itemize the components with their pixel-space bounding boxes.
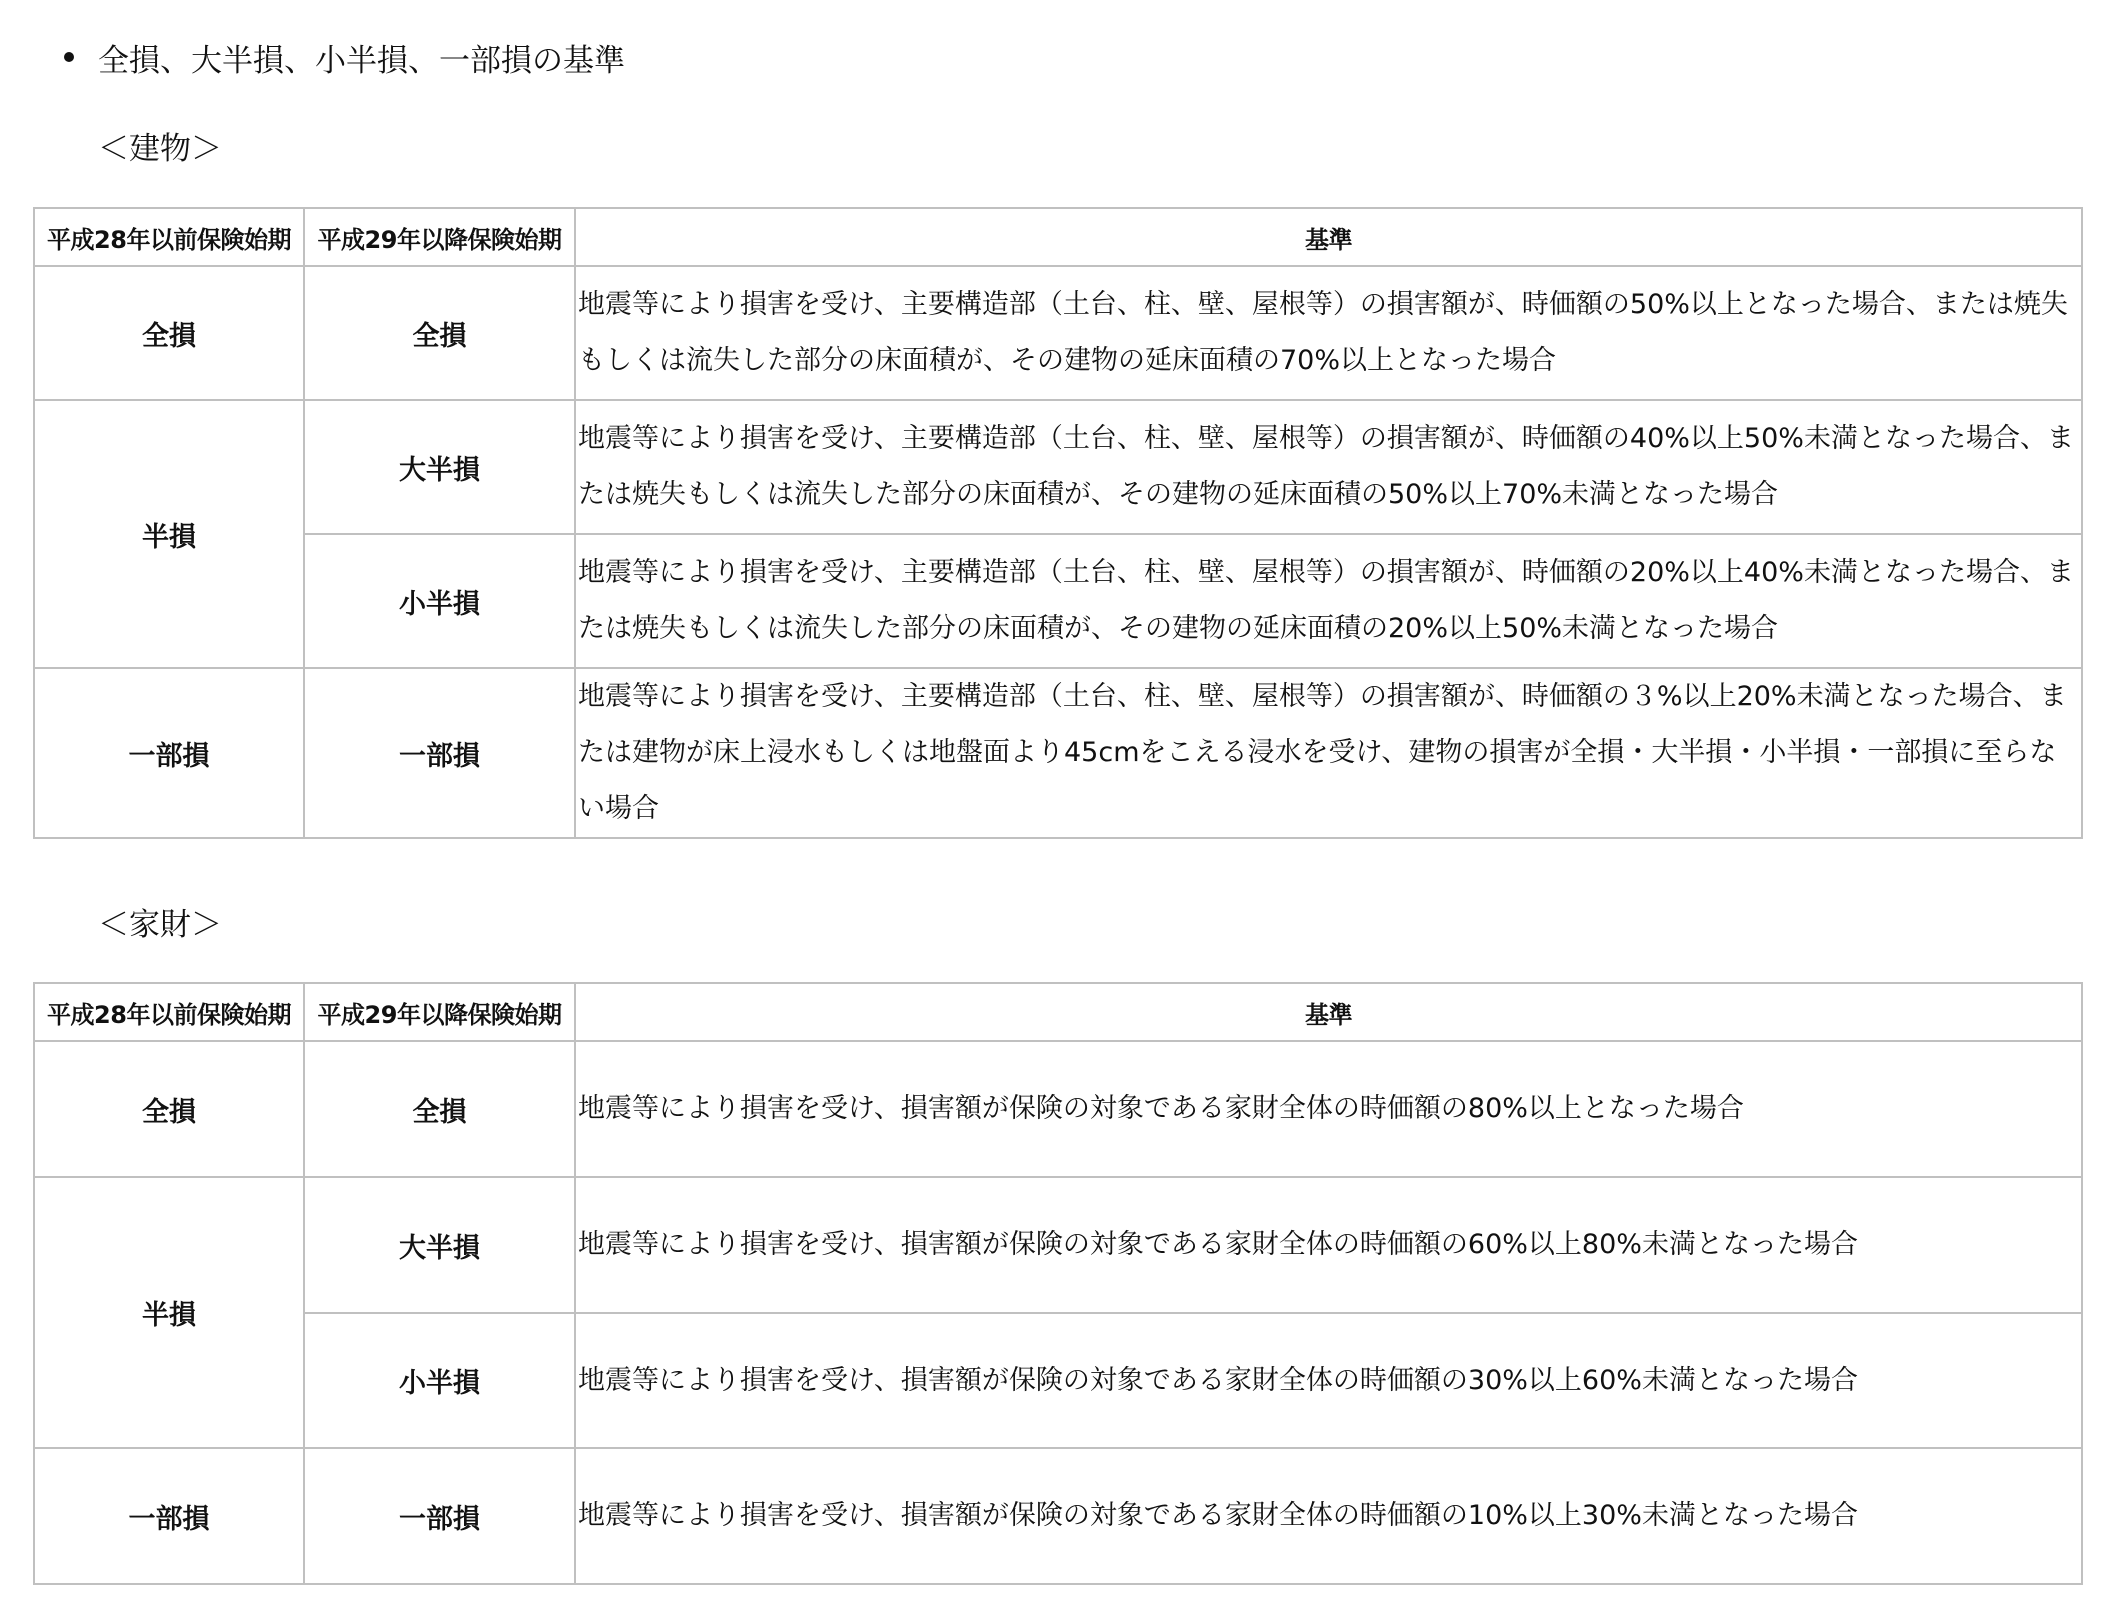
bullet-icon: [64, 52, 74, 62]
household-section-label: ＜家財＞: [98, 898, 222, 944]
header-new-period: 平成29年以降保険始期: [304, 983, 575, 1041]
criteria-text: 地震等により損害を受け、主要構造部（土台、柱、壁、屋根等）の損害額が、時価額の5…: [575, 266, 2082, 400]
criteria-text: 地震等により損害を受け、損害額が保険の対象である家財全体の時価額の10%以上30…: [575, 1448, 2082, 1584]
old-category: 全損: [34, 266, 304, 400]
new-category: 小半損: [304, 1313, 575, 1448]
header-criteria: 基準: [575, 208, 2082, 266]
header-criteria: 基準: [575, 983, 2082, 1041]
criteria-text: 地震等により損害を受け、損害額が保険の対象である家財全体の時価額の60%以上80…: [575, 1177, 2082, 1313]
old-category: 一部損: [34, 1448, 304, 1584]
new-category: 小半損: [304, 534, 575, 668]
table-row: 全損 全損 地震等により損害を受け、主要構造部（土台、柱、壁、屋根等）の損害額が…: [34, 266, 2082, 400]
header-old-period: 平成28年以前保険始期: [34, 983, 304, 1041]
table-row: 半損 大半損 地震等により損害を受け、損害額が保険の対象である家財全体の時価額の…: [34, 1177, 2082, 1313]
table-row: 全損 全損 地震等により損害を受け、損害額が保険の対象である家財全体の時価額の8…: [34, 1041, 2082, 1177]
criteria-heading-text: 全損、大半損、小半損、一部損の基準: [98, 35, 625, 80]
table-header-row: 平成28年以前保険始期 平成29年以降保険始期 基準: [34, 983, 2082, 1041]
household-criteria-table: 平成28年以前保険始期 平成29年以降保険始期 基準 全損 全損 地震等により損…: [33, 982, 2083, 1585]
table-row: 一部損 一部損 地震等により損害を受け、損害額が保険の対象である家財全体の時価額…: [34, 1448, 2082, 1584]
building-section-label: ＜建物＞: [98, 122, 222, 168]
table-header-row: 平成28年以前保険始期 平成29年以降保険始期 基準: [34, 208, 2082, 266]
header-new-period: 平成29年以降保険始期: [304, 208, 575, 266]
criteria-text: 地震等により損害を受け、損害額が保険の対象である家財全体の時価額の80%以上とな…: [575, 1041, 2082, 1177]
new-category: 一部損: [304, 1448, 575, 1584]
table-row: 小半損 地震等により損害を受け、主要構造部（土台、柱、壁、屋根等）の損害額が、時…: [34, 534, 2082, 668]
header-old-period: 平成28年以前保険始期: [34, 208, 304, 266]
criteria-heading: 全損、大半損、小半損、一部損の基準: [62, 34, 625, 80]
criteria-text: 地震等により損害を受け、損害額が保険の対象である家財全体の時価額の30%以上60…: [575, 1313, 2082, 1448]
table-row: 小半損 地震等により損害を受け、損害額が保険の対象である家財全体の時価額の30%…: [34, 1313, 2082, 1448]
criteria-text: 地震等により損害を受け、主要構造部（土台、柱、壁、屋根等）の損害額が、時価額の2…: [575, 534, 2082, 668]
table-row: 半損 大半損 地震等により損害を受け、主要構造部（土台、柱、壁、屋根等）の損害額…: [34, 400, 2082, 534]
table-row: 一部損 一部損 地震等により損害を受け、主要構造部（土台、柱、壁、屋根等）の損害…: [34, 668, 2082, 838]
new-category: 大半損: [304, 400, 575, 534]
old-category: 半損: [34, 400, 304, 668]
old-category: 全損: [34, 1041, 304, 1177]
old-category: 半損: [34, 1177, 304, 1448]
building-criteria-table: 平成28年以前保険始期 平成29年以降保険始期 基準 全損 全損 地震等により損…: [33, 207, 2083, 839]
new-category: 全損: [304, 1041, 575, 1177]
old-category: 一部損: [34, 668, 304, 838]
criteria-text: 地震等により損害を受け、主要構造部（土台、柱、壁、屋根等）の損害額が、時価額の4…: [575, 400, 2082, 534]
new-category: 一部損: [304, 668, 575, 838]
new-category: 大半損: [304, 1177, 575, 1313]
criteria-text: 地震等により損害を受け、主要構造部（土台、柱、壁、屋根等）の損害額が、時価額の３…: [575, 668, 2082, 838]
new-category: 全損: [304, 266, 575, 400]
